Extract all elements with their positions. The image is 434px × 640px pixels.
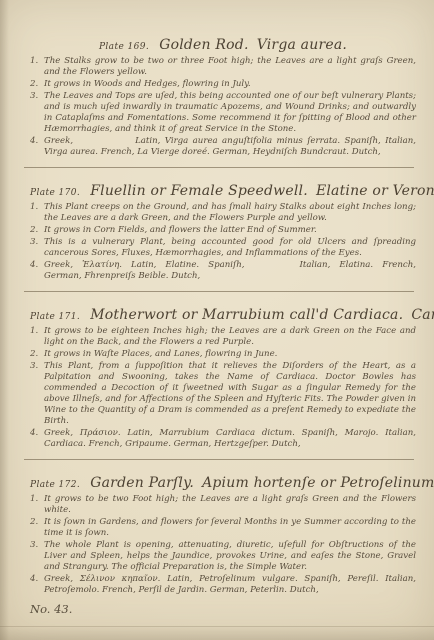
section-subtitle: Virga aurea. [257, 37, 347, 53]
section-subtitle: Elatine or Veronica fœmina. [316, 183, 434, 199]
item-number: 2. [30, 225, 44, 236]
section-plate-170: Plate 170. Fluellin or Female Speedwell.… [30, 180, 416, 282]
list-item: 3. The Leaves and Tops are uſed, this be… [30, 91, 416, 135]
section-plate-171: Plate 171. Motherwort or Marrubium call'… [30, 304, 416, 450]
item-number: 2. [30, 79, 44, 90]
section-title: Garden Parſly. [90, 475, 194, 491]
item-text: It is ſown in Gardens, and flowers for ſ… [44, 517, 416, 539]
language-line: 4. Greek, Ἐλατίνη. Latin, Elatine. Spani… [30, 260, 416, 282]
language-line: 4. Greek, Σέλινον κηπαῖον. Latin, Petroſ… [30, 574, 416, 596]
item-number: 3. [30, 540, 44, 573]
item-text: The whole Plant is opening, attenuating,… [44, 540, 416, 573]
section-plate-169: Plate 169. Golden Rod. Virga aurea. 1. T… [30, 34, 416, 158]
item-text: Greek, Σέλινον κηπαῖον. Latin, Petroſeli… [44, 574, 416, 596]
item-text: The Stalks grow to be two or three Foot … [44, 56, 416, 78]
section-title: Fluellin or Female Speedwell. [90, 183, 308, 199]
list-item: 3. This Plant, from a ſuppoſition that i… [30, 361, 416, 427]
list-item: 1. It grows to be two Foot high; the Lea… [30, 494, 416, 516]
section-heading: Plate 170. Fluellin or Female Speedwell.… [30, 180, 416, 199]
plate-label: Plate 170. [30, 188, 80, 198]
item-number: 4. [30, 260, 44, 282]
item-text: It grows to be eighteen Inches high; the… [44, 326, 416, 348]
language-segment: Greek, Πράσιον. Latin, Marrubium Cardiac… [44, 428, 416, 449]
section-divider [24, 291, 414, 292]
language-segment: Greek, Σέλινον κηπαῖον. Latin, Petroſeli… [44, 574, 416, 595]
item-number: 1. [30, 494, 44, 516]
item-number: 2. [30, 517, 44, 539]
item-number: 1. [30, 56, 44, 78]
list-item: 3. The whole Plant is opening, attenuati… [30, 540, 416, 573]
section-divider [24, 459, 414, 460]
list-item: 3. This is a vulnerary Plant, being acco… [30, 237, 416, 259]
plate-label: Plate 171. [30, 312, 80, 322]
item-number: 3. [30, 91, 44, 135]
item-number: 3. [30, 237, 44, 259]
item-text: It grows in Woods and Hedges, flowring i… [44, 79, 416, 90]
section-divider [24, 167, 414, 168]
list-item: 1. This Plant creeps on the Ground, and … [30, 202, 416, 224]
section-subtitle: Cardiaca. [411, 307, 434, 323]
herbal-text-page: Plate 169. Golden Rod. Virga aurea. 1. T… [0, 0, 434, 640]
sheet-number: No. 43. [30, 602, 72, 616]
section-heading: Plate 172. Garden Parſly. Apium hortenſe… [30, 472, 416, 491]
list-item: 2. It grows in Waſte Places, and Lanes, … [30, 349, 416, 360]
language-segment: Italian, Elatina. French, [299, 260, 416, 270]
section-title: Motherwort or Marrubium call'd Cardiaca. [90, 307, 403, 323]
language-line: 4. Greek, Πράσιον. Latin, Marrubium Card… [30, 428, 416, 450]
item-number: 4. [30, 136, 44, 158]
plate-label: Plate 169. [99, 42, 149, 52]
item-text: Greek, Πράσιον. Latin, Marrubium Cardiac… [44, 428, 416, 450]
section-heading: Plate 171. Motherwort or Marrubium call'… [30, 304, 416, 323]
item-number: 3. [30, 361, 44, 427]
language-segment: German, Fhrenpreiſs Beible. Dutch, [44, 271, 200, 281]
language-segment: Greek, Ἐλατίνη. Latin, Elatine. Spaniſh, [44, 260, 244, 270]
list-item: 1. The Stalks grow to be two or three Fo… [30, 56, 416, 78]
section-subtitle: Apium hortenſe or Petroſelinum vulgare. [202, 475, 434, 491]
item-text: Greek, Ἐλατίνη. Latin, Elatine. Spaniſh,… [44, 260, 416, 282]
item-text: This is a vulnerary Plant, being account… [44, 237, 416, 259]
language-segment: Greek, [44, 136, 73, 146]
list-item: 2. It is ſown in Gardens, and flowers fo… [30, 517, 416, 539]
item-text: It grows to be two Foot high; the Leaves… [44, 494, 416, 516]
section-title: Golden Rod. [159, 37, 248, 53]
item-text: The Leaves and Tops are uſed, this being… [44, 91, 416, 135]
list-item: 2. It grows in Woods and Hedges, flowrin… [30, 79, 416, 90]
section-plate-172: Plate 172. Garden Parſly. Apium hortenſe… [30, 472, 416, 596]
item-number: 1. [30, 326, 44, 348]
page-fold-line [0, 626, 434, 627]
item-number: 2. [30, 349, 44, 360]
item-text: This Plant creeps on the Ground, and has… [44, 202, 416, 224]
plate-label: Plate 172. [30, 480, 80, 490]
item-text: This Plant, from a ſuppoſition that it r… [44, 361, 416, 427]
list-item: 2. It grows in Corn Fields, and flowers … [30, 225, 416, 236]
item-number: 4. [30, 574, 44, 596]
item-text: It grows in Corn Fields, and flowers the… [44, 225, 416, 236]
item-number: 4. [30, 428, 44, 450]
list-item: 1. It grows to be eighteen Inches high; … [30, 326, 416, 348]
section-heading: Plate 169. Golden Rod. Virga aurea. [30, 34, 416, 53]
item-number: 1. [30, 202, 44, 224]
item-text: Greek,Latin, Virga aurea anguſtifolia mi… [44, 136, 416, 158]
language-segment: Latin, Virga aurea anguſtifolia minus ſe… [135, 136, 381, 146]
item-text: It grows in Waſte Places, and Lanes, flo… [44, 349, 416, 360]
language-line: 4. Greek,Latin, Virga aurea anguſtifolia… [30, 136, 416, 158]
